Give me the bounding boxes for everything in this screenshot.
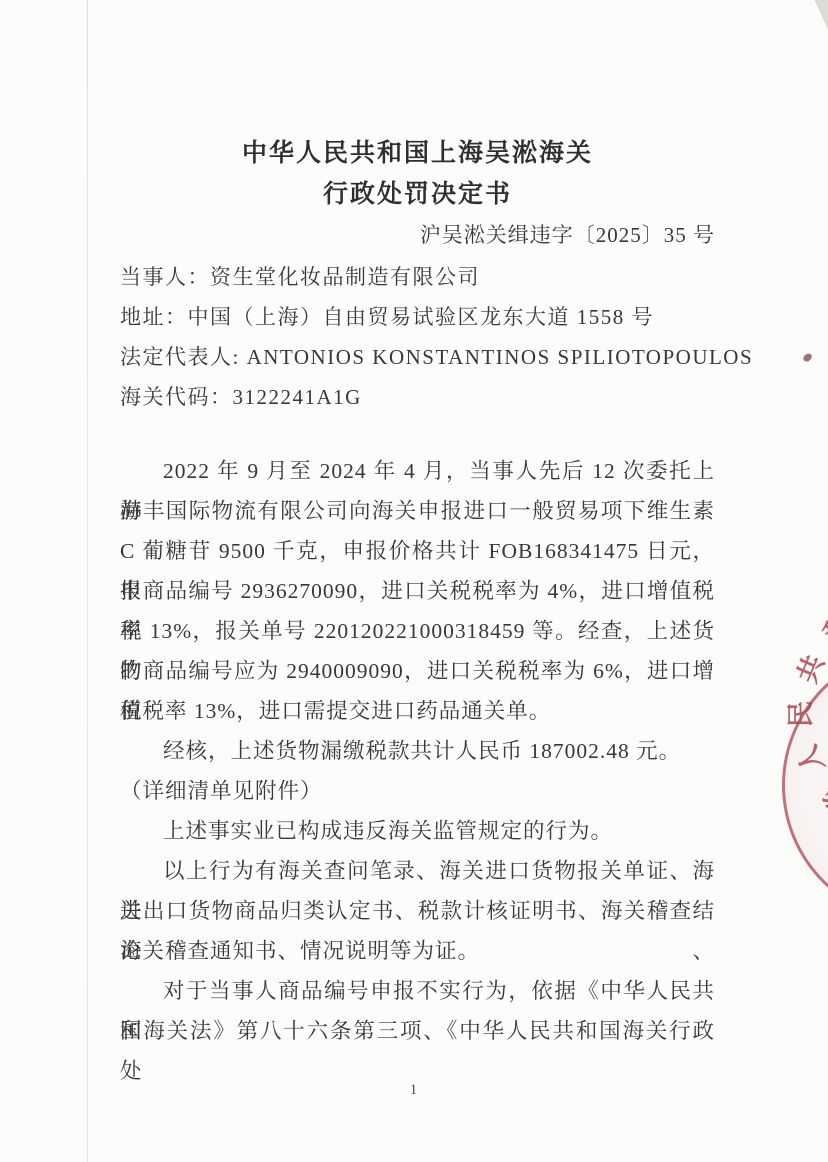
party-address: 地址：中国（上海）自由贸易试验区龙东大道 1558 号 — [120, 297, 715, 337]
body-line: （详细清单见附件） — [120, 771, 715, 811]
body-line: 以上行为有海关查问笔录、海关进口货物报关单证、海关 — [120, 851, 715, 891]
body-line: 赫丰国际物流有限公司向海关申报进口一般贸易项下维生素 — [120, 491, 715, 531]
body-line: 对于当事人商品编号申报不实行为，依据《中华人民共和 — [120, 971, 715, 1011]
body-line: 报商品编号 2936270090，进口关税税率为 4%，进口增值税税 — [120, 571, 715, 611]
body-line: 经核，上述货物漏缴税款共计人民币 187002.48 元。 — [120, 731, 715, 771]
body-line: 国海关法》第八十六条第三项、《中华人民共和国海关行政处 — [120, 1011, 715, 1051]
seal-character: 共 — [791, 649, 828, 688]
party-name: 当事人：资生堂化妆品制造有限公司 — [120, 257, 715, 297]
seal-character: 民 — [786, 699, 816, 729]
document-content: 中华人民共和国上海吴淞海关 行政处罚决定书 沪吴淞关缉违字〔2025〕35 号 … — [120, 133, 715, 1051]
party-info-block: 当事人：资生堂化妆品制造有限公司 地址：中国（上海）自由贸易试验区龙东大道 15… — [120, 257, 715, 417]
document-body: 2022 年 9 月至 2024 年 4 月，当事人先后 12 次委托上海 赫丰… — [120, 451, 715, 1051]
party-customs-code: 海关代码：3122241A1G — [120, 377, 715, 417]
body-line: 的商品编号应为 2940009090，进口关税税率为 6%，进口增值 — [120, 651, 715, 691]
body-line: 2022 年 9 月至 2024 年 4 月，当事人先后 12 次委托上海 — [120, 451, 715, 491]
page-number: 1 — [0, 1082, 828, 1099]
body-line: 率 13%，报关单号 220120221000318459 等。经查，上述货物 — [120, 611, 715, 651]
document-number: 沪吴淞关缉违字〔2025〕35 号 — [120, 215, 715, 255]
seal-character: 人 — [791, 739, 828, 778]
party-legal-representative: 法定代表人: ANTONIOS KONSTANTINOS SPILIOTOPOU… — [120, 337, 715, 377]
document-title-line1: 中华人民共和国上海吴淞海关 — [120, 133, 715, 174]
seal-character: 华 — [817, 778, 828, 820]
paper-fold-line — [87, 0, 88, 1162]
body-line: 税税率 13%，进口需提交进口药品通关单。 — [120, 691, 715, 731]
body-line: 进出口货物商品归类认定书、税款计核证明书、海关稽查结论、 — [120, 891, 715, 931]
scanned-document-page: 中华人民共和国上海吴淞海关 行政处罚决定书 沪吴淞关缉违字〔2025〕35 号 … — [0, 0, 828, 1162]
scan-corner-shadow — [798, 0, 828, 30]
body-line: 上述事实业已构成违反海关监管规定的行为。 — [120, 811, 715, 851]
body-line: C 葡糖苷 9500 千克，申报价格共计 FOB168341475 日元，申 — [120, 531, 715, 571]
seal-character: 和 — [817, 608, 828, 650]
document-title-line2: 行政处罚决定书 — [120, 174, 715, 215]
official-seal-partial: 和 共 民 人 华 — [782, 647, 828, 923]
ink-speck — [802, 352, 813, 363]
